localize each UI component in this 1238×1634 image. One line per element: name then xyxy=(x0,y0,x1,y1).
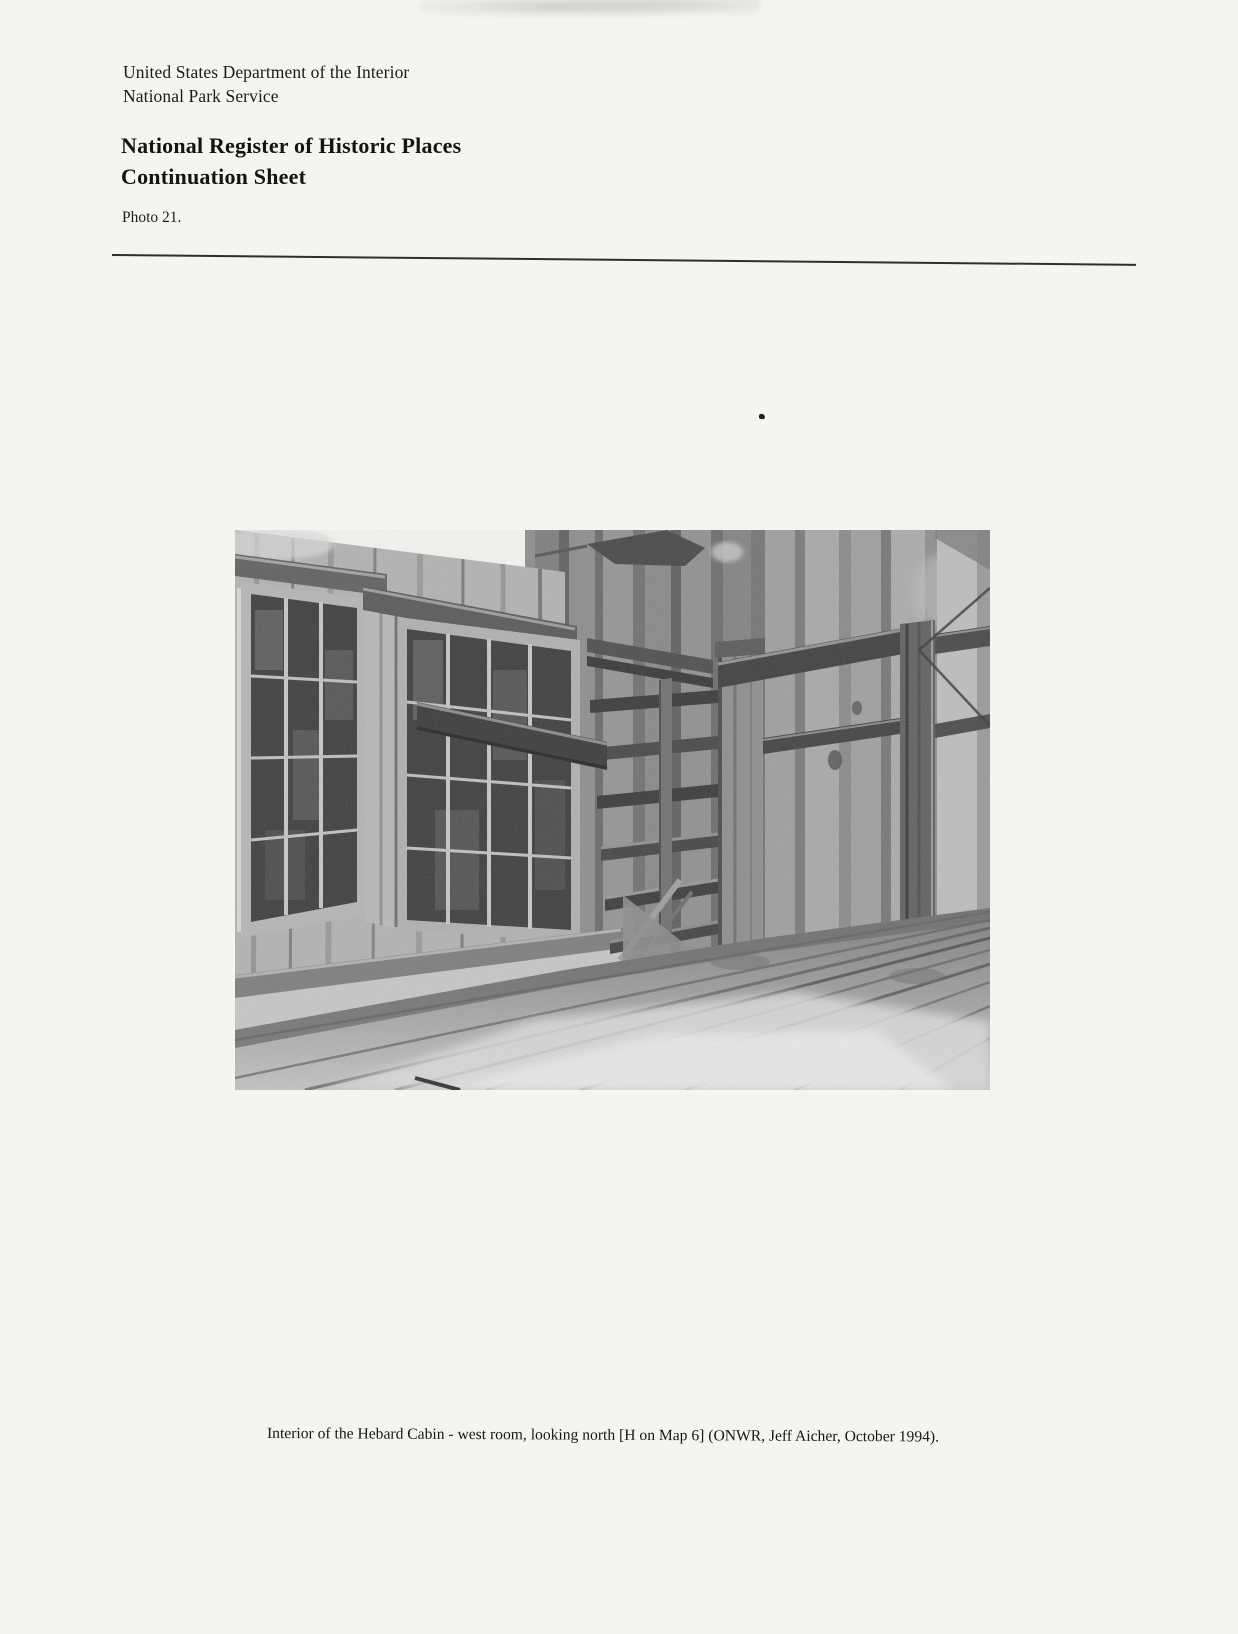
scanner-smudge-artifact xyxy=(420,0,760,20)
photo-figure xyxy=(235,530,990,1090)
stray-ink-mark xyxy=(759,414,766,420)
agency-name-line2: National Park Service xyxy=(123,84,279,108)
document-page: United States Department of the Interior… xyxy=(0,0,1238,1634)
document-title-line1: National Register of Historic Places xyxy=(121,130,461,161)
agency-name-line1: United States Department of the Interior xyxy=(123,60,409,84)
document-title-line2: Continuation Sheet xyxy=(121,161,306,192)
photo-number-label: Photo 21. xyxy=(122,209,181,227)
cabin-interior-photo xyxy=(235,530,990,1090)
divider-rule xyxy=(112,254,1136,266)
photo-caption: Interior of the Hebard Cabin - west room… xyxy=(267,1425,939,1447)
